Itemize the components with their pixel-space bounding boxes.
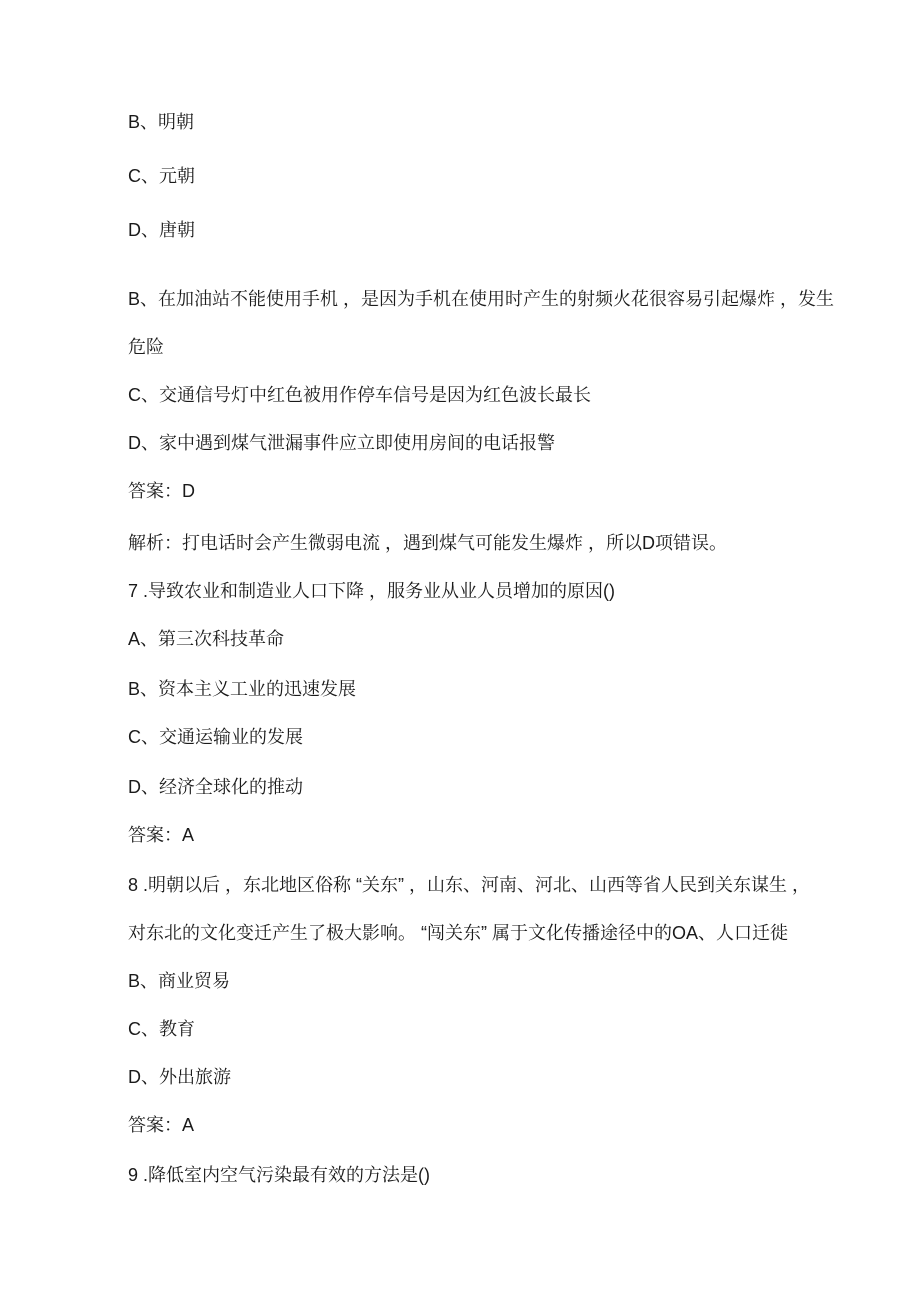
text-line: 答案：A (128, 811, 830, 859)
text-line: D、经济全球化的推动 (128, 763, 830, 811)
text-line: 答案：A (128, 1101, 830, 1149)
text-line: 答案：D (128, 467, 830, 515)
text-line: D、外出旅游 (128, 1053, 830, 1101)
text-line: C、交通信号灯中红色被用作停车信号是因为红色波长最长 (128, 371, 830, 419)
text-line: B、明朝 (128, 98, 830, 146)
text-line: C、教育 (128, 1005, 830, 1053)
text-line: B、资本主义工业的迅速发展 (128, 665, 830, 713)
text-line: 9 .降低室内空气污染最有效的方法是() (128, 1151, 830, 1199)
text-line: B、商业贸易 (128, 957, 830, 1005)
document-text-block: B、明朝C、元朝D、唐朝B、在加油站不能使用手机 ，是因为手机在使用时产生的射频… (0, 0, 920, 1199)
text-line: C、交通运输业的发展 (128, 713, 830, 761)
document-page: B、明朝C、元朝D、唐朝B、在加油站不能使用手机 ，是因为手机在使用时产生的射频… (0, 0, 920, 1301)
text-line: 7 .导致农业和制造业人口下降 ，服务业从业人员增加的原因() (128, 567, 830, 615)
text-line: 解析：打电话时会产生微弱电流 ，遇到煤气可能发生爆炸 ，所以D项错误。 (128, 519, 830, 567)
text-line: C、元朝 (128, 152, 830, 200)
text-line: 危险 (128, 323, 830, 371)
text-line: B、在加油站不能使用手机 ，是因为手机在使用时产生的射频火花很容易引起爆炸 ，发… (128, 275, 830, 323)
text-line: D、家中遇到煤气泄漏事件应立即使用房间的电话报警 (128, 419, 830, 467)
text-line: D、唐朝 (128, 206, 830, 254)
text-line: 8 .明朝以后 ，东北地区俗称 “关东” ，山东、河南、河北、山西等省人民到关东… (128, 861, 830, 909)
text-line: 对东北的文化变迁产生了极大影响。 “闯关东” 属于文化传播途径中的OA、人口迁徙 (128, 909, 830, 957)
text-line: A、第三次科技革命 (128, 615, 830, 663)
